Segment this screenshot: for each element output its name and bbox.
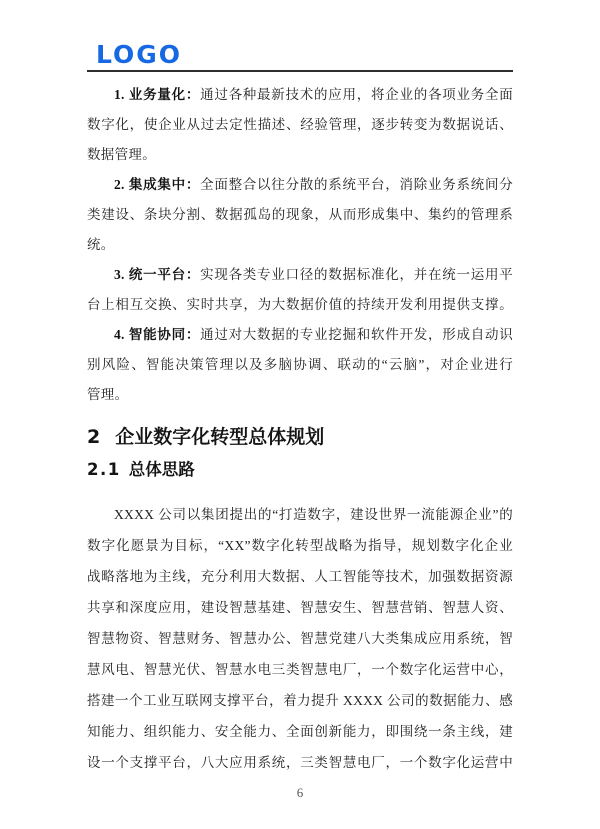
page-header: LOGO — [87, 0, 513, 72]
subsection-title: 总体思路 — [129, 460, 195, 479]
section-heading: 2企业数字化转型总体规划 — [87, 424, 513, 450]
subsection-heading: 2.1总体思路 — [87, 458, 513, 482]
text-line: XXXX 公司以集团提出的“打造数字，建设世界一流能源企业”的 — [87, 499, 513, 530]
item-text: 通过各种最新技术的应用，将企业的各项业务全面 — [200, 87, 513, 102]
text-line: 智慧物资、智慧财务、智慧办公、智慧党建八大类集成应用系统，智 — [87, 623, 513, 654]
list-item: 1. 业务量化：通过各种最新技术的应用，将企业的各项业务全面 数字化，使企业从过… — [87, 80, 513, 170]
item-lead-label: 4. 智能协同： — [114, 327, 200, 342]
text-line: 战略落地为主线，充分利用大数据、人工智能等技术，加强数据资源 — [87, 561, 513, 592]
page-number: 6 — [297, 785, 304, 800]
section-title: 企业数字化转型总体规划 — [115, 426, 324, 448]
text-line: 数据管理。 — [87, 140, 513, 170]
text-line: 台上相互交换、实时共享，为大数据价值的持续开发利用提供支撑。 — [87, 290, 513, 320]
text-line: 1. 业务量化：通过各种最新技术的应用，将企业的各项业务全面 — [87, 80, 513, 110]
item-lead-label: 1. 业务量化： — [114, 87, 200, 102]
text-line: 4. 智能协同：通过对大数据的专业挖掘和软件开发，形成自动识 — [87, 320, 513, 350]
text-line: 统。 — [87, 230, 513, 260]
text-line: 管理。 — [87, 380, 513, 410]
list-item: 4. 智能协同：通过对大数据的专业挖掘和软件开发，形成自动识 别风险、智能决策管… — [87, 320, 513, 410]
text-line: 2. 集成集中：全面整合以往分散的系统平台，消除业务系统间分 — [87, 170, 513, 200]
list-item: 2. 集成集中：全面整合以往分散的系统平台，消除业务系统间分 类建设、条块分割、… — [87, 170, 513, 260]
text-line: 搭建一个工业互联网支撑平台，着力提升 XXXX 公司的数据能力、感 — [87, 685, 513, 716]
page-content: 1. 业务量化：通过各种最新技术的应用，将企业的各项业务全面 数字化，使企业从过… — [87, 80, 513, 778]
item-text: 通过对大数据的专业挖掘和软件开发，形成自动识 — [200, 327, 513, 342]
item-lead-label: 3. 统一平台： — [114, 267, 200, 282]
text-line: 数字化愿景为目标，“XX”数字化转型战略为指导，规划数字化企业 — [87, 530, 513, 561]
text-line: 设一个支撑平台，八大应用系统，三类智慧电厂，一个数字化运营中 — [87, 747, 513, 778]
document-page: LOGO 1. 业务量化：通过各种最新技术的应用，将企业的各项业务全面 数字化，… — [0, 0, 600, 829]
company-logo: LOGO — [87, 39, 182, 70]
item-lead-label: 2. 集成集中： — [114, 177, 200, 192]
page-footer: 6 — [0, 784, 600, 802]
section-number: 2 — [87, 424, 100, 450]
item-text: 实现各类专业口径的数据标准化，并在统一运用平 — [200, 267, 513, 282]
numbered-list: 1. 业务量化：通过各种最新技术的应用，将企业的各项业务全面 数字化，使企业从过… — [87, 80, 513, 410]
text-line: 别风险、智能决策管理以及多脑协调、联动的“云脑”，对企业进行 — [87, 350, 513, 380]
item-text: 全面整合以往分散的系统平台，消除业务系统间分 — [200, 177, 513, 192]
text-line: 3. 统一平台：实现各类专业口径的数据标准化，并在统一运用平 — [87, 260, 513, 290]
text-line: 慧风电、智慧光伏、智慧水电三类智慧电厂，一个数字化运营中心， — [87, 654, 513, 685]
text-line: 共享和深度应用，建设智慧基建、智慧安生、智慧营销、智慧人资、 — [87, 592, 513, 623]
text-line: 类建设、条块分割、数据孤岛的现象，从而形成集中、集约的管理系 — [87, 200, 513, 230]
text-line: 知能力、组织能力、安全能力、全面创新能力，即围绕一条主线，建 — [87, 716, 513, 747]
body-paragraph: XXXX 公司以集团提出的“打造数字，建设世界一流能源企业”的 数字化愿景为目标… — [87, 499, 513, 778]
list-item: 3. 统一平台：实现各类专业口径的数据标准化，并在统一运用平 台上相互交换、实时… — [87, 260, 513, 320]
text-line: 数字化，使企业从过去定性描述、经验管理，逐步转变为数据说话、 — [87, 110, 513, 140]
subsection-number: 2.1 — [87, 458, 121, 482]
